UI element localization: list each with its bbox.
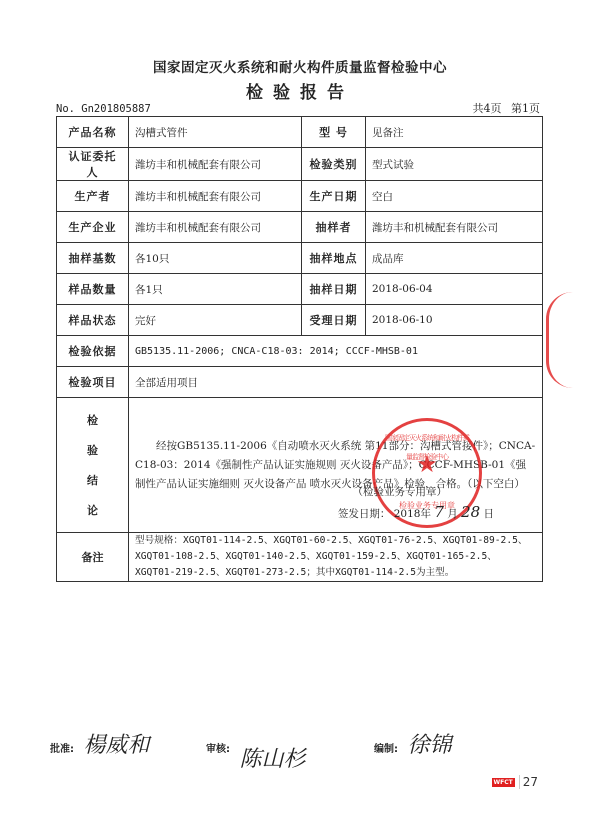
table-row: 认证委托人 潍坊丰和机械配套有限公司 检验类别 型式试验: [57, 148, 543, 181]
basis-value: GB5135.11-2006; CNCA-C18-03: 2014; CCCF-…: [129, 336, 543, 367]
compile-signature-scribble: 徐锦: [407, 733, 451, 758]
sign-date-month: 7: [434, 503, 444, 521]
sample-base-label: 抽样基数: [57, 243, 129, 274]
sample-location-value: 成品库: [366, 243, 543, 274]
sign-date-day: 28: [461, 503, 480, 521]
accept-date-value: 2018-06-10: [366, 305, 543, 336]
table-row: 样品状态 完好 受理日期 2018-06-10: [57, 305, 543, 336]
client-value: 潍坊丰和机械配套有限公司: [129, 148, 302, 181]
page-number: 27: [519, 775, 538, 789]
conclusion-label-char: 论: [63, 502, 122, 518]
remarks-text: 型号规格：XGQT01-114-2.5、XGQT01-60-2.5、XGQT01…: [129, 533, 543, 582]
table-row: 生产者 潍坊丰和机械配套有限公司 生产日期 空白: [57, 181, 543, 212]
sample-location-label: 抽样地点: [302, 243, 366, 274]
sampler-label: 抽样者: [302, 212, 366, 243]
producer-label: 生产者: [57, 181, 129, 212]
sign-date-year: 2018年: [394, 508, 431, 520]
items-value: 全部适用项目: [129, 367, 543, 398]
table-row: 生产企业 潍坊丰和机械配套有限公司 抽样者 潍坊丰和机械配套有限公司: [57, 212, 543, 243]
compile-label: 编制:: [374, 744, 398, 755]
sample-state-value: 完好: [129, 305, 302, 336]
remarks-row: 备注 型号规格：XGQT01-114-2.5、XGQT01-60-2.5、XGQ…: [57, 533, 543, 582]
sample-state-label: 样品状态: [57, 305, 129, 336]
sample-date-label: 抽样日期: [302, 274, 366, 305]
sample-qty-label: 样品数量: [57, 274, 129, 305]
sign-date-label: 签发日期：: [338, 508, 391, 520]
model-label: 型 号: [302, 117, 366, 148]
conclusion-body: 经按GB5135.11-2006《自动喷水灭火系统 第11部分：沟槽式管接件》；…: [129, 398, 543, 533]
sample-qty-value: 各1只: [129, 274, 302, 305]
compile-signature: 编制: 徐锦: [374, 728, 452, 759]
model-value: 见备注: [366, 117, 543, 148]
manufacturer-label: 生产企业: [57, 212, 129, 243]
sampler-value: 潍坊丰和机械配套有限公司: [366, 212, 543, 243]
manufacturer-value: 潍坊丰和机械配套有限公司: [129, 212, 302, 243]
review-signature-scribble: 陈山杉: [239, 747, 305, 772]
approve-signature: 批准: 楊威和: [50, 728, 150, 759]
table-row: 检验项目 全部适用项目: [57, 367, 543, 398]
conclusion-label-char: 结: [63, 472, 122, 488]
table-row: 样品数量 各1只 抽样日期 2018-06-04: [57, 274, 543, 305]
organization-title: 国家固定灭火系统和耐火构件质量监督检验中心: [0, 56, 600, 76]
items-label: 检验项目: [57, 367, 129, 398]
conclusion-row: 检 验 结 论 经按GB5135.11-2006《自动喷水灭火系统 第11部分：…: [57, 398, 543, 533]
seal-note: （检验业务专用章）: [353, 483, 448, 502]
sample-date-value: 2018-06-04: [366, 274, 543, 305]
sign-date-month-unit: 月: [447, 508, 458, 520]
wfct-logo-icon: WFCT: [492, 778, 515, 787]
page-footer: WFCT 27: [492, 775, 539, 789]
product-name-label: 产品名称: [57, 117, 129, 148]
inspection-type-value: 型式试验: [366, 148, 543, 181]
product-name-value: 沟槽式管件: [129, 117, 302, 148]
remarks-label: 备注: [57, 533, 129, 582]
approve-label: 批准:: [50, 744, 74, 755]
conclusion-label: 检 验 结 论: [57, 398, 129, 533]
producer-value: 潍坊丰和机械配套有限公司: [129, 181, 302, 212]
page-info: 共4页 第1页: [473, 100, 541, 116]
table-row: 产品名称 沟槽式管件 型 号 见备注: [57, 117, 543, 148]
conclusion-label-char: 验: [63, 442, 122, 458]
page-seam-stamp: [546, 292, 573, 388]
review-signature: 审核: 陈山杉: [206, 728, 306, 759]
sample-base-value: 各10只: [129, 243, 302, 274]
basis-label: 检验依据: [57, 336, 129, 367]
sign-date-day-unit: 日: [484, 508, 495, 520]
table-row: 检验依据 GB5135.11-2006; CNCA-C18-03: 2014; …: [57, 336, 543, 367]
table-row: 抽样基数 各10只 抽样地点 成品库: [57, 243, 543, 274]
report-number: No. Gn201805887: [56, 103, 151, 115]
accept-date-label: 受理日期: [302, 305, 366, 336]
conclusion-label-char: 检: [63, 412, 122, 428]
inspection-type-label: 检验类别: [302, 148, 366, 181]
star-icon: ★: [375, 455, 479, 474]
approve-signature-scribble: 楊威和: [83, 733, 149, 758]
review-label: 审核:: [206, 744, 230, 755]
report-table: 产品名称 沟槽式管件 型 号 见备注 认证委托人 潍坊丰和机械配套有限公司 检验…: [56, 116, 543, 582]
production-date-value: 空白: [366, 181, 543, 212]
sign-date: 签发日期： 2018年 7 月 28 日: [338, 503, 494, 524]
client-label: 认证委托人: [57, 148, 129, 181]
production-date-label: 生产日期: [302, 181, 366, 212]
